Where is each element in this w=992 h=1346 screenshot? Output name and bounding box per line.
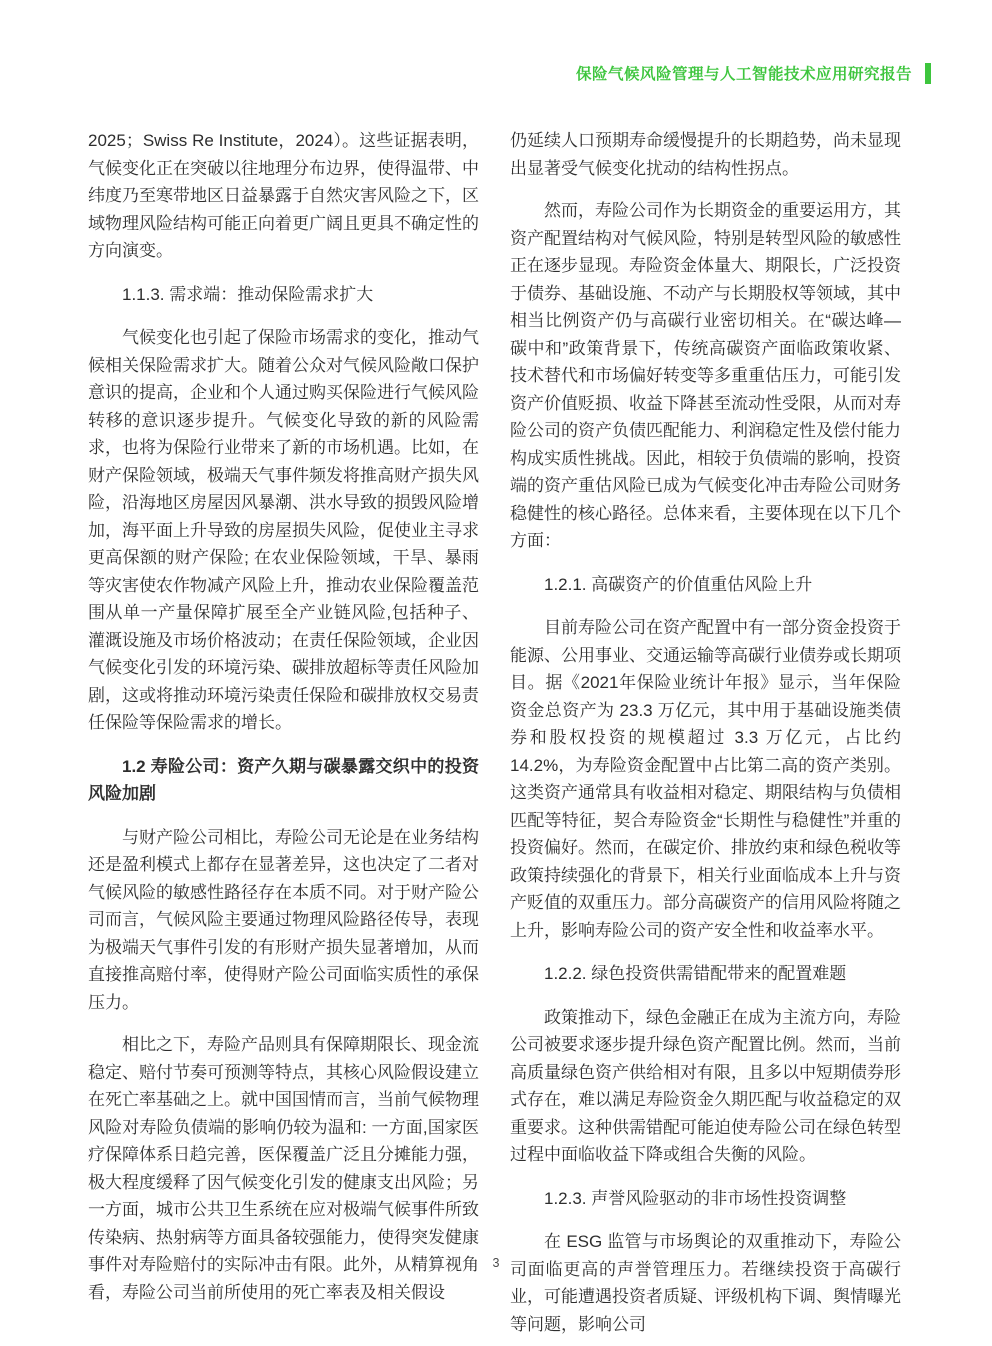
heading-1-2-2-green-mismatch: 1.2.2. 绿色投资供需错配带来的配置难题 (510, 960, 901, 988)
left-column: 2025；Swiss Re Institute，2024）。这些证据表明，气候变… (88, 127, 479, 1346)
page-footer: 3 (0, 1256, 992, 1270)
report-header-title: 保险气候风险管理与人工智能技术应用研究报告 (576, 62, 912, 84)
right-paragraph-high-carbon: 目前寿险公司在资产配置中有一部分资金投资于能源、公用事业、交通运输等高碳行业债券… (510, 614, 901, 944)
heading-1-2-1-high-carbon-revaluation: 1.2.1. 高碳资产的价值重估风险上升 (510, 571, 901, 599)
report-header: 保险气候风险管理与人工智能技术应用研究报告 (576, 62, 931, 84)
right-column: 仍延续人口预期寿命缓慢提升的长期趋势，尚未显现出显著受气候变化扰动的结构性拐点。… (510, 127, 901, 1346)
page-number: 3 (493, 1256, 500, 1270)
left-paragraph-comparison: 与财产险公司相比，寿险公司无论是在业务结构还是盈利模式上都存在显著差异，这也决定… (88, 824, 479, 1017)
heading-1-2-3-reputation-risk: 1.2.3. 声誉风险驱动的非市场性投资调整 (510, 1185, 901, 1213)
right-paragraph-asset-allocation: 然而，寿险公司作为长期资金的重要运用方，其资产配置结构对气候风险，特别是转型风险… (510, 197, 901, 555)
left-paragraph-continuation: 2025；Swiss Re Institute，2024）。这些证据表明，气候变… (88, 127, 479, 265)
right-paragraph-green-finance: 政策推动下，绿色金融正在成为主流方向，寿险公司被要求逐步提升绿色资产配置比例。然… (510, 1004, 901, 1169)
heading-1-1-3-demand-side: 1.1.3. 需求端：推动保险需求扩大 (88, 281, 479, 309)
right-paragraph-esg-reputation: 在 ESG 监管与市场舆论的双重推动下，寿险公司面临更高的声誉管理压力。若继续投… (510, 1228, 901, 1338)
two-column-layout: 2025；Swiss Re Institute，2024）。这些证据表明，气候变… (88, 127, 901, 1346)
right-paragraph-continuation: 仍延续人口预期寿命缓慢提升的长期趋势，尚未显现出显著受气候变化扰动的结构性拐点。 (510, 127, 901, 182)
left-paragraph-demand: 气候变化也引起了保险市场需求的变化，推动气候相关保险需求扩大。随着公众对气候风险… (88, 324, 479, 737)
heading-1-2-life-insurers: 1.2 寿险公司：资产久期与碳暴露交织中的投资风险加剧 (88, 753, 479, 808)
header-accent-bar (925, 63, 931, 84)
document-page: 保险气候风险管理与人工智能技术应用研究报告 2025；Swiss Re Inst… (0, 0, 992, 1346)
